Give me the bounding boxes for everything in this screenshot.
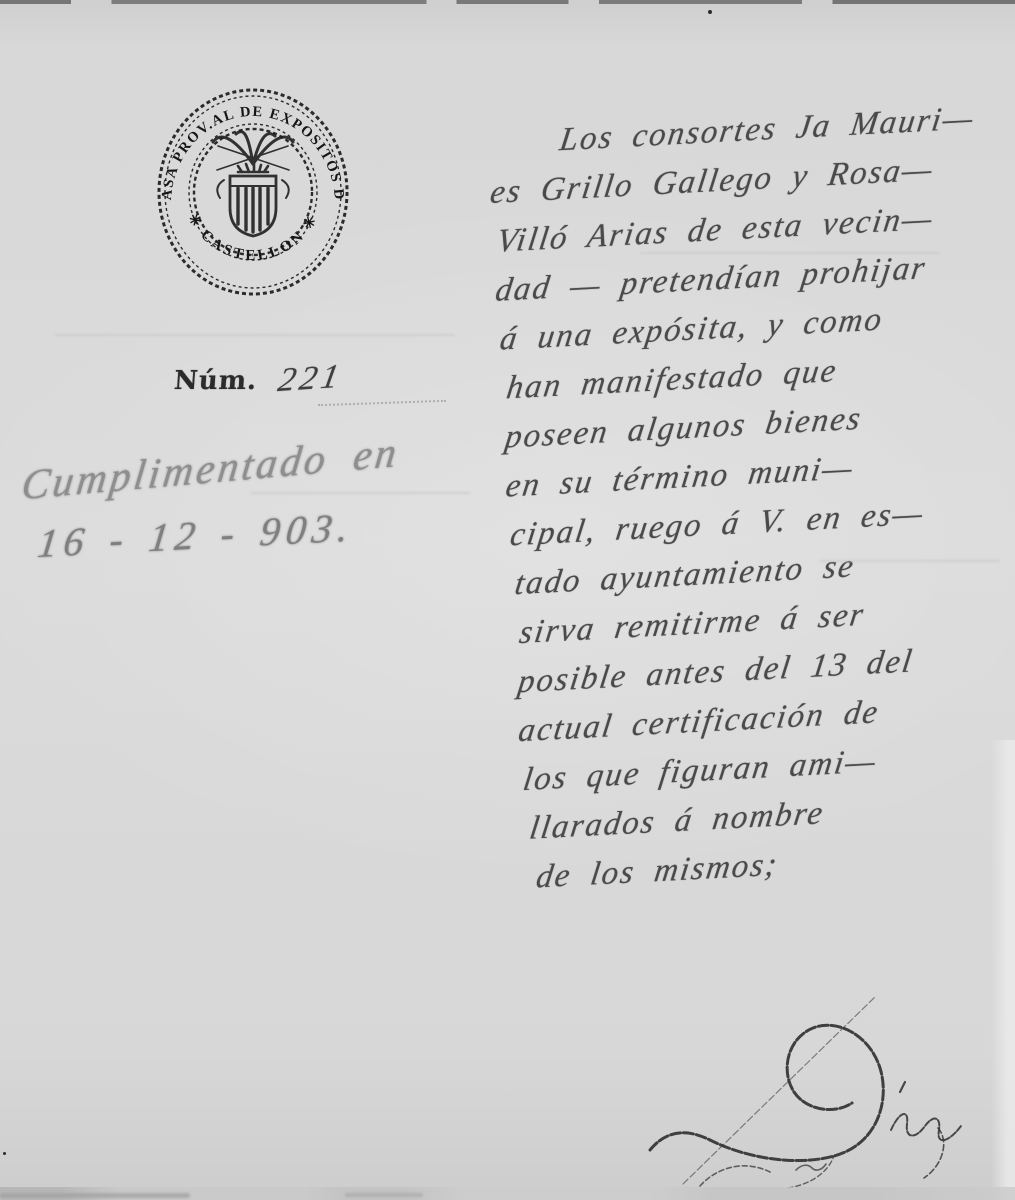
scan-bottom-smudge [0,1193,190,1198]
letter-line: poseen algunos bienes [503,401,865,457]
letter-line: posible antes del 13 del [516,643,916,701]
scanned-letter-page: CASA PROV.AL DE EXPOSITOS DE ✳ CASTELLON… [0,0,1015,1200]
seal-coat-of-arms-icon [213,132,293,236]
letter-line: actual certificación de [516,694,882,750]
annotation-line-1: Cumplimentado en [19,429,402,511]
letter-line: llarados á nombre [527,795,826,848]
paper-crease [820,560,1000,562]
scan-bottom-smudge [345,1193,423,1197]
scan-right-edge-highlight [991,740,1015,1200]
letter-line: han manifestado que [504,353,840,408]
scan-top-edge [0,0,1015,4]
document-number-row: Núm. 221 [174,360,342,398]
paper-crease [55,334,455,336]
provincial-seal-stamp: CASA PROV.AL DE EXPOSITOS DE ✳ CASTELLON… [156,82,350,302]
letter-line: de los mismos; [534,847,781,897]
letter-line: sirva remitirme á ser [517,597,867,652]
letter-line: cipal, ruego á V. en es— [508,495,927,554]
paper-crease [250,492,470,494]
paper-crease [640,252,940,254]
letter-line: tado ayuntamiento se [512,548,857,603]
letter-line: Los consortes Ja Mauri— [557,100,977,159]
annotation-line-2: 16 - 12 - 903. [35,503,357,567]
letter-body: Los consortes Ja Mauri— es Grillo Galleg… [487,98,1015,126]
letter-line: los que figuran ami— [521,743,880,799]
letter-line: dad — pretendían prohijar [493,250,929,310]
letter-line: á una expósita, y como [498,301,886,358]
number-value-handwritten: 221 [275,358,346,400]
seal-text-top-path: CASA PROV.AL DE EXPOSITOS DE [156,82,347,202]
letter-line: en su término muni— [503,450,856,506]
closing-flourish-dios: Dios [638,988,1015,1200]
ink-speck [708,10,712,14]
letter-line: es Grillo Gallego y Rosa— [488,152,936,213]
seal-text-top: CASA PROV.AL DE EXPOSITOS DE [156,82,347,202]
ink-speck [3,1152,6,1155]
number-label: Núm. [173,366,258,396]
number-dotted-line [318,400,446,406]
